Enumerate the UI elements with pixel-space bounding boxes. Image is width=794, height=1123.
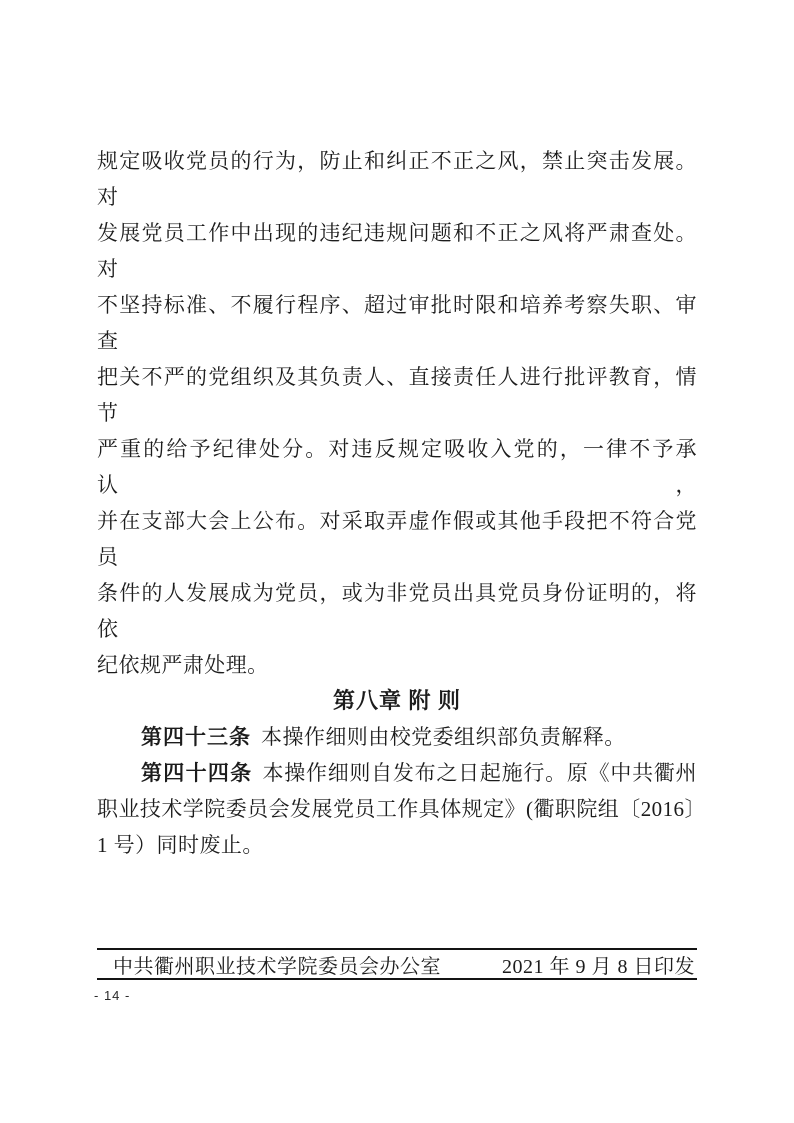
article-43-text: 本操作细则由校党委组织部负责解释。: [261, 725, 626, 749]
article-44: 第四十四条本操作细则自发布之日起施行。原《中共衢州 职业技术学院委员会发展党员工…: [97, 755, 697, 863]
paragraph-line: 不坚持标准、不履行程序、超过审批时限和培养考察失职、审查: [97, 287, 697, 359]
article-44-line: 1 号）同时废止。: [97, 827, 697, 863]
page-number: - 14 -: [94, 988, 130, 1003]
footer-print-date: 2021 年 9 月 8 日印发: [502, 950, 695, 979]
footer-colophon: 中共衢州职业技术学院委员会办公室 2021 年 9 月 8 日印发: [97, 948, 697, 980]
paragraph-line: 纪依规严肃处理。: [97, 647, 697, 683]
article-44-line: 第四十四条本操作细则自发布之日起施行。原《中共衢州: [97, 755, 697, 791]
article-44-term: 第四十四条: [141, 761, 252, 785]
article-44-line: 职业技术学院委员会发展党员工作具体规定》(衢职院组〔2016〕: [97, 791, 697, 827]
paragraph-line: 并在支部大会上公布。对采取弄虚作假或其他手段把不符合党员: [97, 503, 697, 575]
article-43: 第四十三条本操作细则由校党委组织部负责解释。: [97, 719, 697, 755]
document-body: 规定吸收党员的行为，防止和纠正不正之风，禁止突击发展。对 发展党员工作中出现的违…: [97, 143, 697, 863]
paragraph-line: 把关不严的党组织及其负责人、直接责任人进行批评教育，情节: [97, 359, 697, 431]
chapter-heading: 第八章 附 则: [97, 683, 697, 719]
article-44-text: 本操作细则自发布之日起施行。原《中共衢州: [262, 761, 697, 785]
paragraph-line: 严重的给予纪律处分。对违反规定吸收入党的，一律不予承认，: [97, 431, 697, 503]
paragraph-continuation: 规定吸收党员的行为，防止和纠正不正之风，禁止突击发展。对 发展党员工作中出现的违…: [97, 143, 697, 683]
footer-issuer: 中共衢州职业技术学院委员会办公室: [113, 950, 441, 979]
paragraph-line: 条件的人发展成为党员，或为非党员出具党员身份证明的，将依: [97, 575, 697, 647]
article-43-line: 第四十三条本操作细则由校党委组织部负责解释。: [97, 719, 697, 755]
paragraph-line: 发展党员工作中出现的违纪违规问题和不正之风将严肃查处。对: [97, 215, 697, 287]
paragraph-line: 规定吸收党员的行为，防止和纠正不正之风，禁止突击发展。对: [97, 143, 697, 215]
document-page: 规定吸收党员的行为，防止和纠正不正之风，禁止突击发展。对 发展党员工作中出现的违…: [0, 0, 794, 1123]
article-43-term: 第四十三条: [141, 725, 251, 749]
